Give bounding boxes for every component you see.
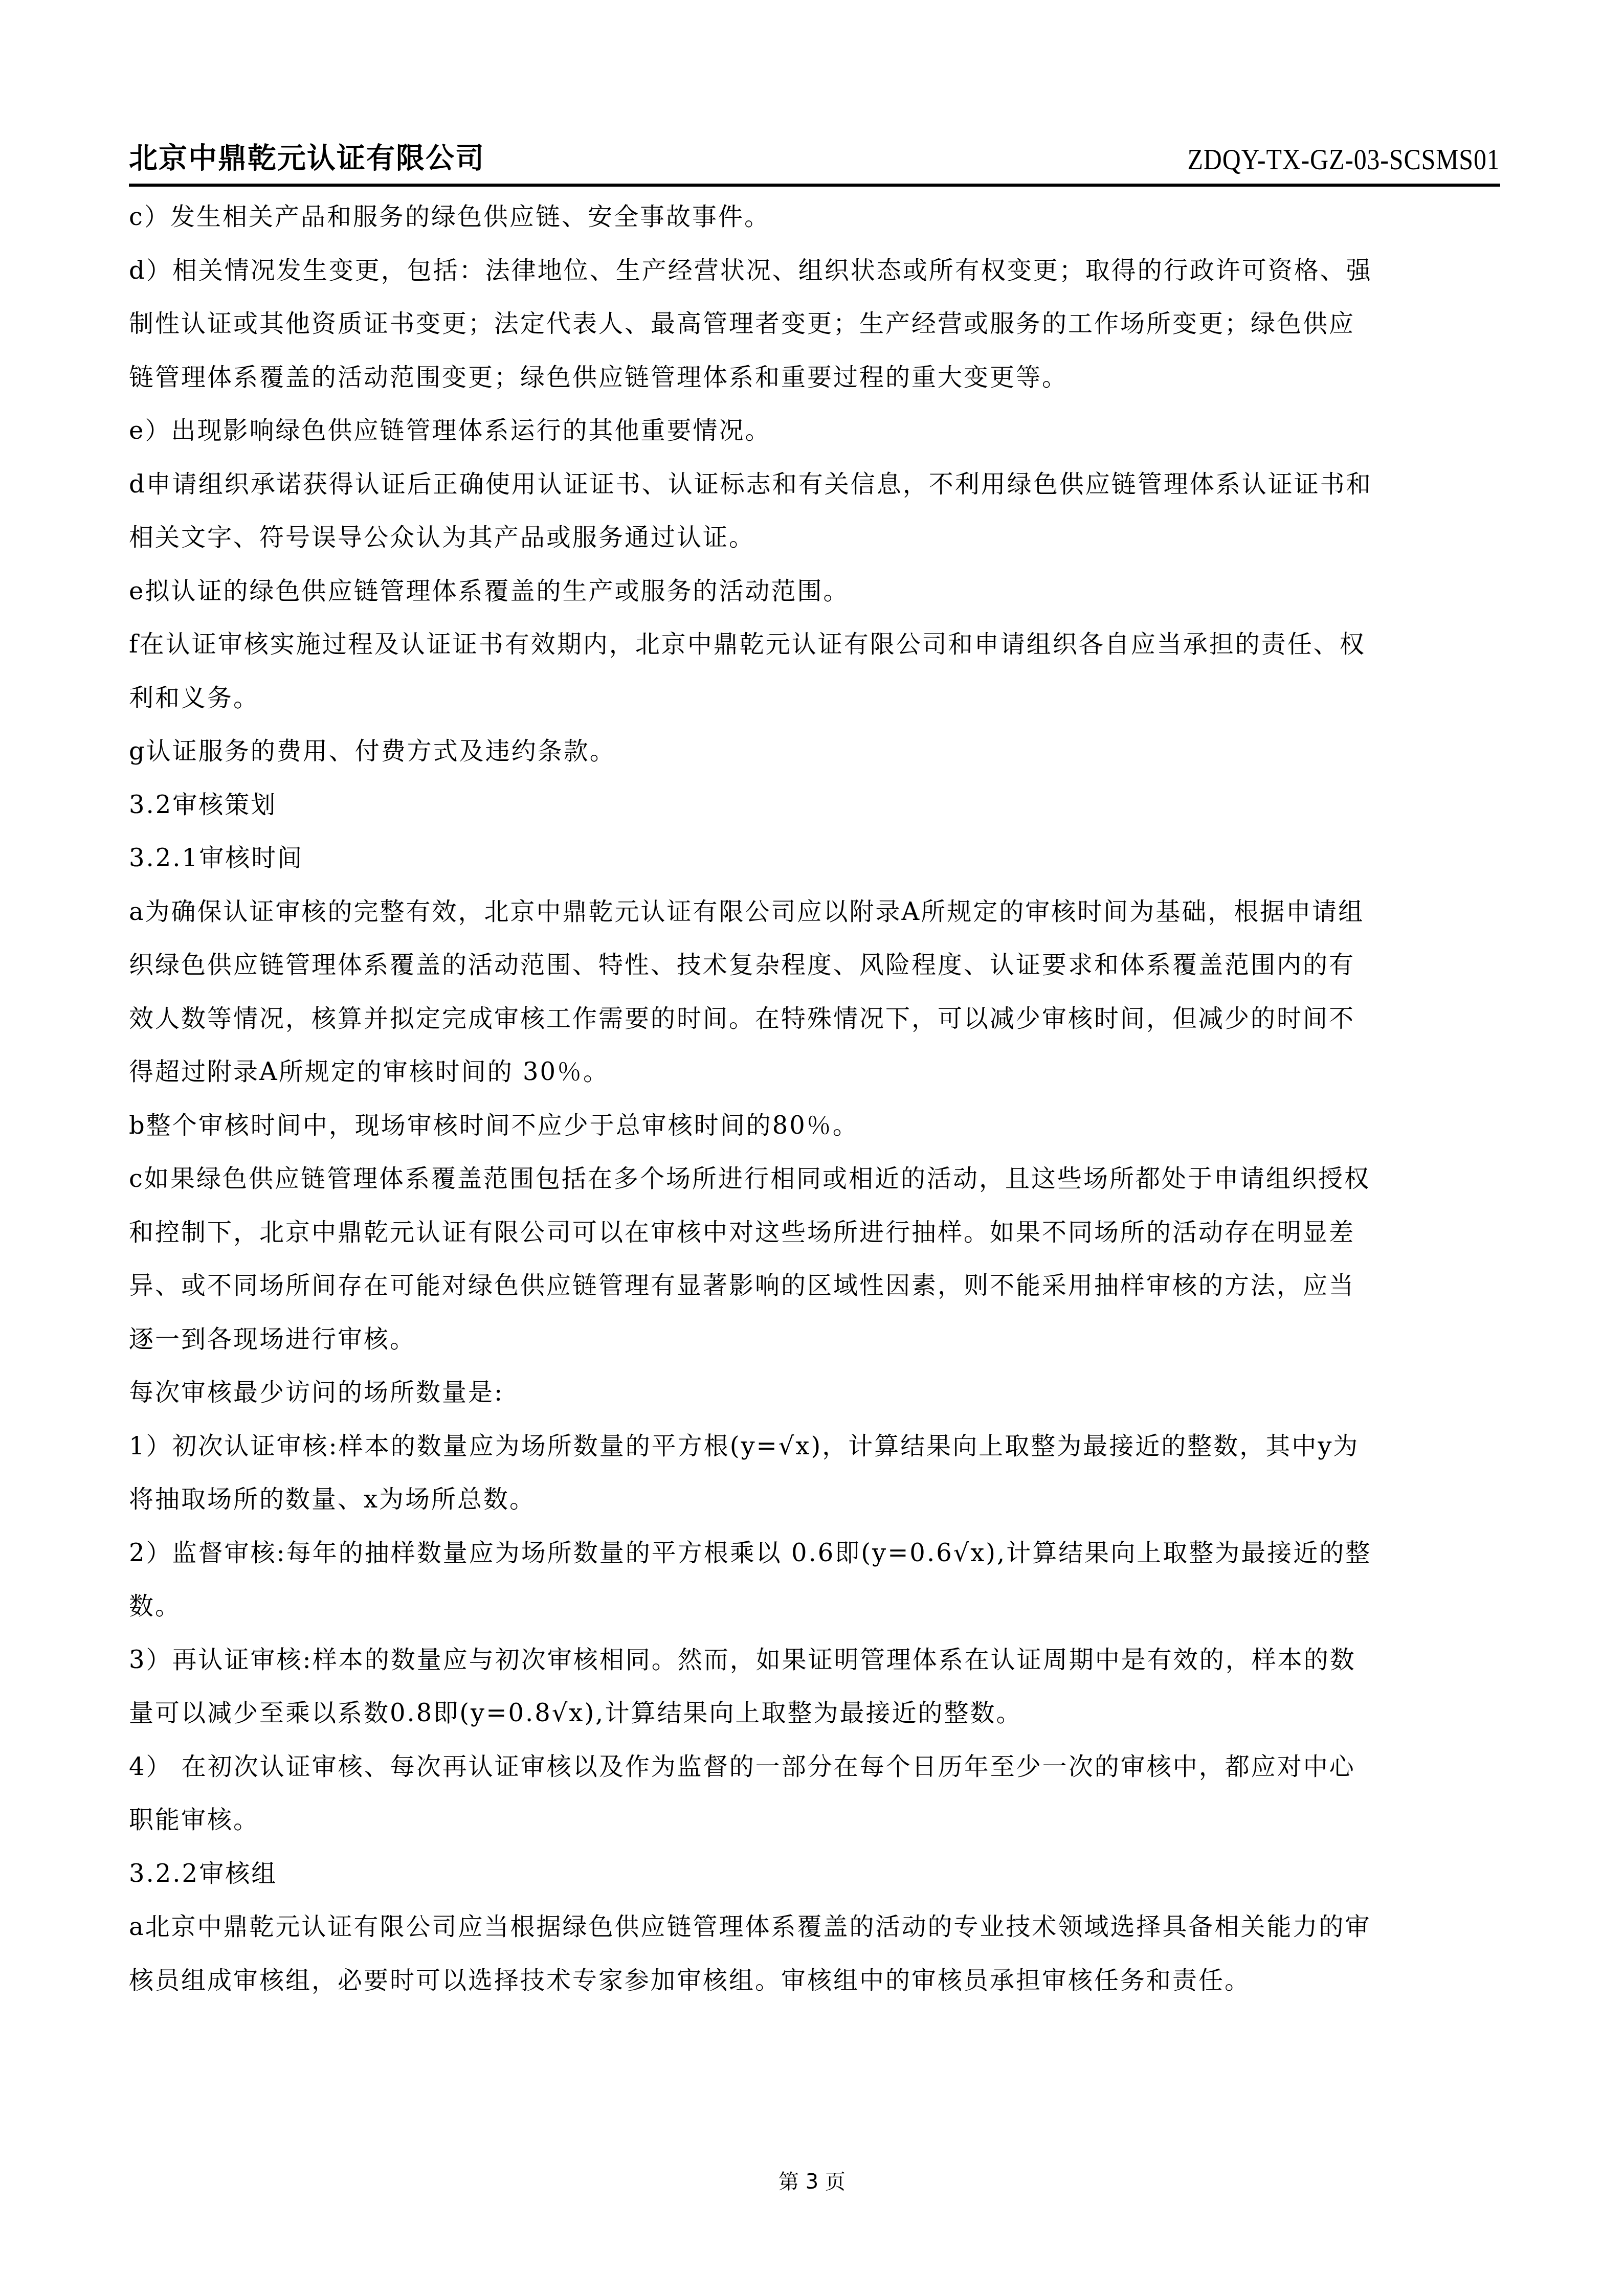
sample-sites-intro: 每次审核最少访问的场所数量是: — [129, 1366, 1510, 1420]
sample-rule-4-line1: 4） 在初次认证审核、每次再认证审核以及作为监督的一部分在每个日历年至少一次的审… — [129, 1740, 1510, 1794]
audit-time-a-line2: 织绿色供应链管理体系覆盖的活动范围、特性、技术复杂程度、风险程度、认证要求和体系… — [129, 938, 1510, 992]
clause-d-changes-line1: d）相关情况发生变更，包括：法律地位、生产经营状况、组织状态或所有权变更；取得的… — [129, 244, 1510, 298]
header-company-name: 北京中鼎乾元认证有限公司 — [129, 136, 485, 176]
audit-team-a-line2: 核员组成审核组，必要时可以选择技术专家参加审核组。审核组中的审核员承担审核任务和… — [129, 1954, 1510, 2008]
sample-rule-2-line2: 数。 — [129, 1580, 1510, 1633]
item-g-fees: g认证服务的费用、付费方式及违约条款。 — [129, 725, 1510, 778]
audit-time-c-line4: 逐一到各现场进行审核。 — [129, 1313, 1510, 1366]
section-heading-3-2-1: 3.2.1审核时间 — [129, 831, 1510, 885]
audit-time-a-line1: a为确保认证审核的完整有效，北京中鼎乾元认证有限公司应以附录A所规定的审核时间为… — [129, 885, 1510, 939]
sample-rule-4-line2: 职能审核。 — [129, 1793, 1510, 1847]
audit-time-a-line3: 效人数等情况，核算并拟定完成审核工作需要的时间。在特殊情况下，可以减少审核时间，… — [129, 992, 1510, 1046]
sample-rule-3-line1: 3）再认证审核:样本的数量应与初次审核相同。然而，如果证明管理体系在认证周期中是… — [129, 1633, 1510, 1687]
item-d-commitment-line1: d申请组织承诺获得认证后正确使用认证证书、认证标志和有关信息，不利用绿色供应链管… — [129, 458, 1510, 511]
audit-time-c-line3: 异、或不同场所间存在可能对绿色供应链管理有显著影响的区域性因素，则不能采用抽样审… — [129, 1259, 1510, 1313]
audit-team-a-line1: a北京中鼎乾元认证有限公司应当根据绿色供应链管理体系覆盖的活动的专业技术领域选择… — [129, 1900, 1510, 1954]
audit-time-a-line4: 得超过附录A所规定的审核时间的 30％。 — [129, 1045, 1510, 1099]
audit-time-c-line1: c如果绿色供应链管理体系覆盖范围包括在多个场所进行相同或相近的活动，且这些场所都… — [129, 1152, 1510, 1206]
clause-e-other: e）出现影响绿色供应链管理体系运行的其他重要情况。 — [129, 404, 1510, 458]
header-document-code: ZDQY-TX-GZ-03-SCSMS01 — [1188, 142, 1500, 176]
item-e-scope: e拟认证的绿色供应链管理体系覆盖的生产或服务的活动范围。 — [129, 565, 1510, 618]
page-number: 第 3 页 — [0, 2166, 1624, 2195]
audit-time-b: b整个审核时间中，现场审核时间不应少于总审核时间的80％。 — [129, 1099, 1510, 1153]
sample-rule-1-line2: 将抽取场所的数量、x为场所总数。 — [129, 1473, 1510, 1526]
sample-rule-3-line2: 量可以减少至乘以系数0.8即(y=0.8√x),计算结果向上取整为最接近的整数。 — [129, 1686, 1510, 1740]
clause-c-accident: c）发生相关产品和服务的绿色供应链、安全事故事件。 — [129, 190, 1510, 244]
item-d-commitment-line2: 相关文字、符号误导公众认为其产品或服务通过认证。 — [129, 511, 1510, 565]
section-heading-3-2: 3.2审核策划 — [129, 778, 1510, 832]
audit-time-c-line2: 和控制下，北京中鼎乾元认证有限公司可以在审核中对这些场所进行抽样。如果不同场所的… — [129, 1206, 1510, 1259]
document-body: c）发生相关产品和服务的绿色供应链、安全事故事件。 d）相关情况发生变更，包括：… — [129, 190, 1510, 2007]
page-header: 北京中鼎乾元认证有限公司 ZDQY-TX-GZ-03-SCSMS01 — [129, 138, 1500, 187]
sample-rule-1-line1: 1）初次认证审核:样本的数量应为场所数量的平方根(y=√x)，计算结果向上取整为… — [129, 1420, 1510, 1473]
section-heading-3-2-2: 3.2.2审核组 — [129, 1847, 1510, 1901]
clause-d-changes-line3: 链管理体系覆盖的活动范围变更；绿色供应链管理体系和重要过程的重大变更等。 — [129, 351, 1510, 404]
sample-rule-2-line1: 2）监督审核:每年的抽样数量应为场所数量的平方根乘以 0.6即(y=0.6√x)… — [129, 1526, 1510, 1580]
item-f-responsibility-line1: f在认证审核实施过程及认证证书有效期内，北京中鼎乾元认证有限公司和申请组织各自应… — [129, 618, 1510, 671]
item-f-responsibility-line2: 利和义务。 — [129, 671, 1510, 725]
clause-d-changes-line2: 制性认证或其他资质证书变更；法定代表人、最高管理者变更；生产经营或服务的工作场所… — [129, 297, 1510, 351]
